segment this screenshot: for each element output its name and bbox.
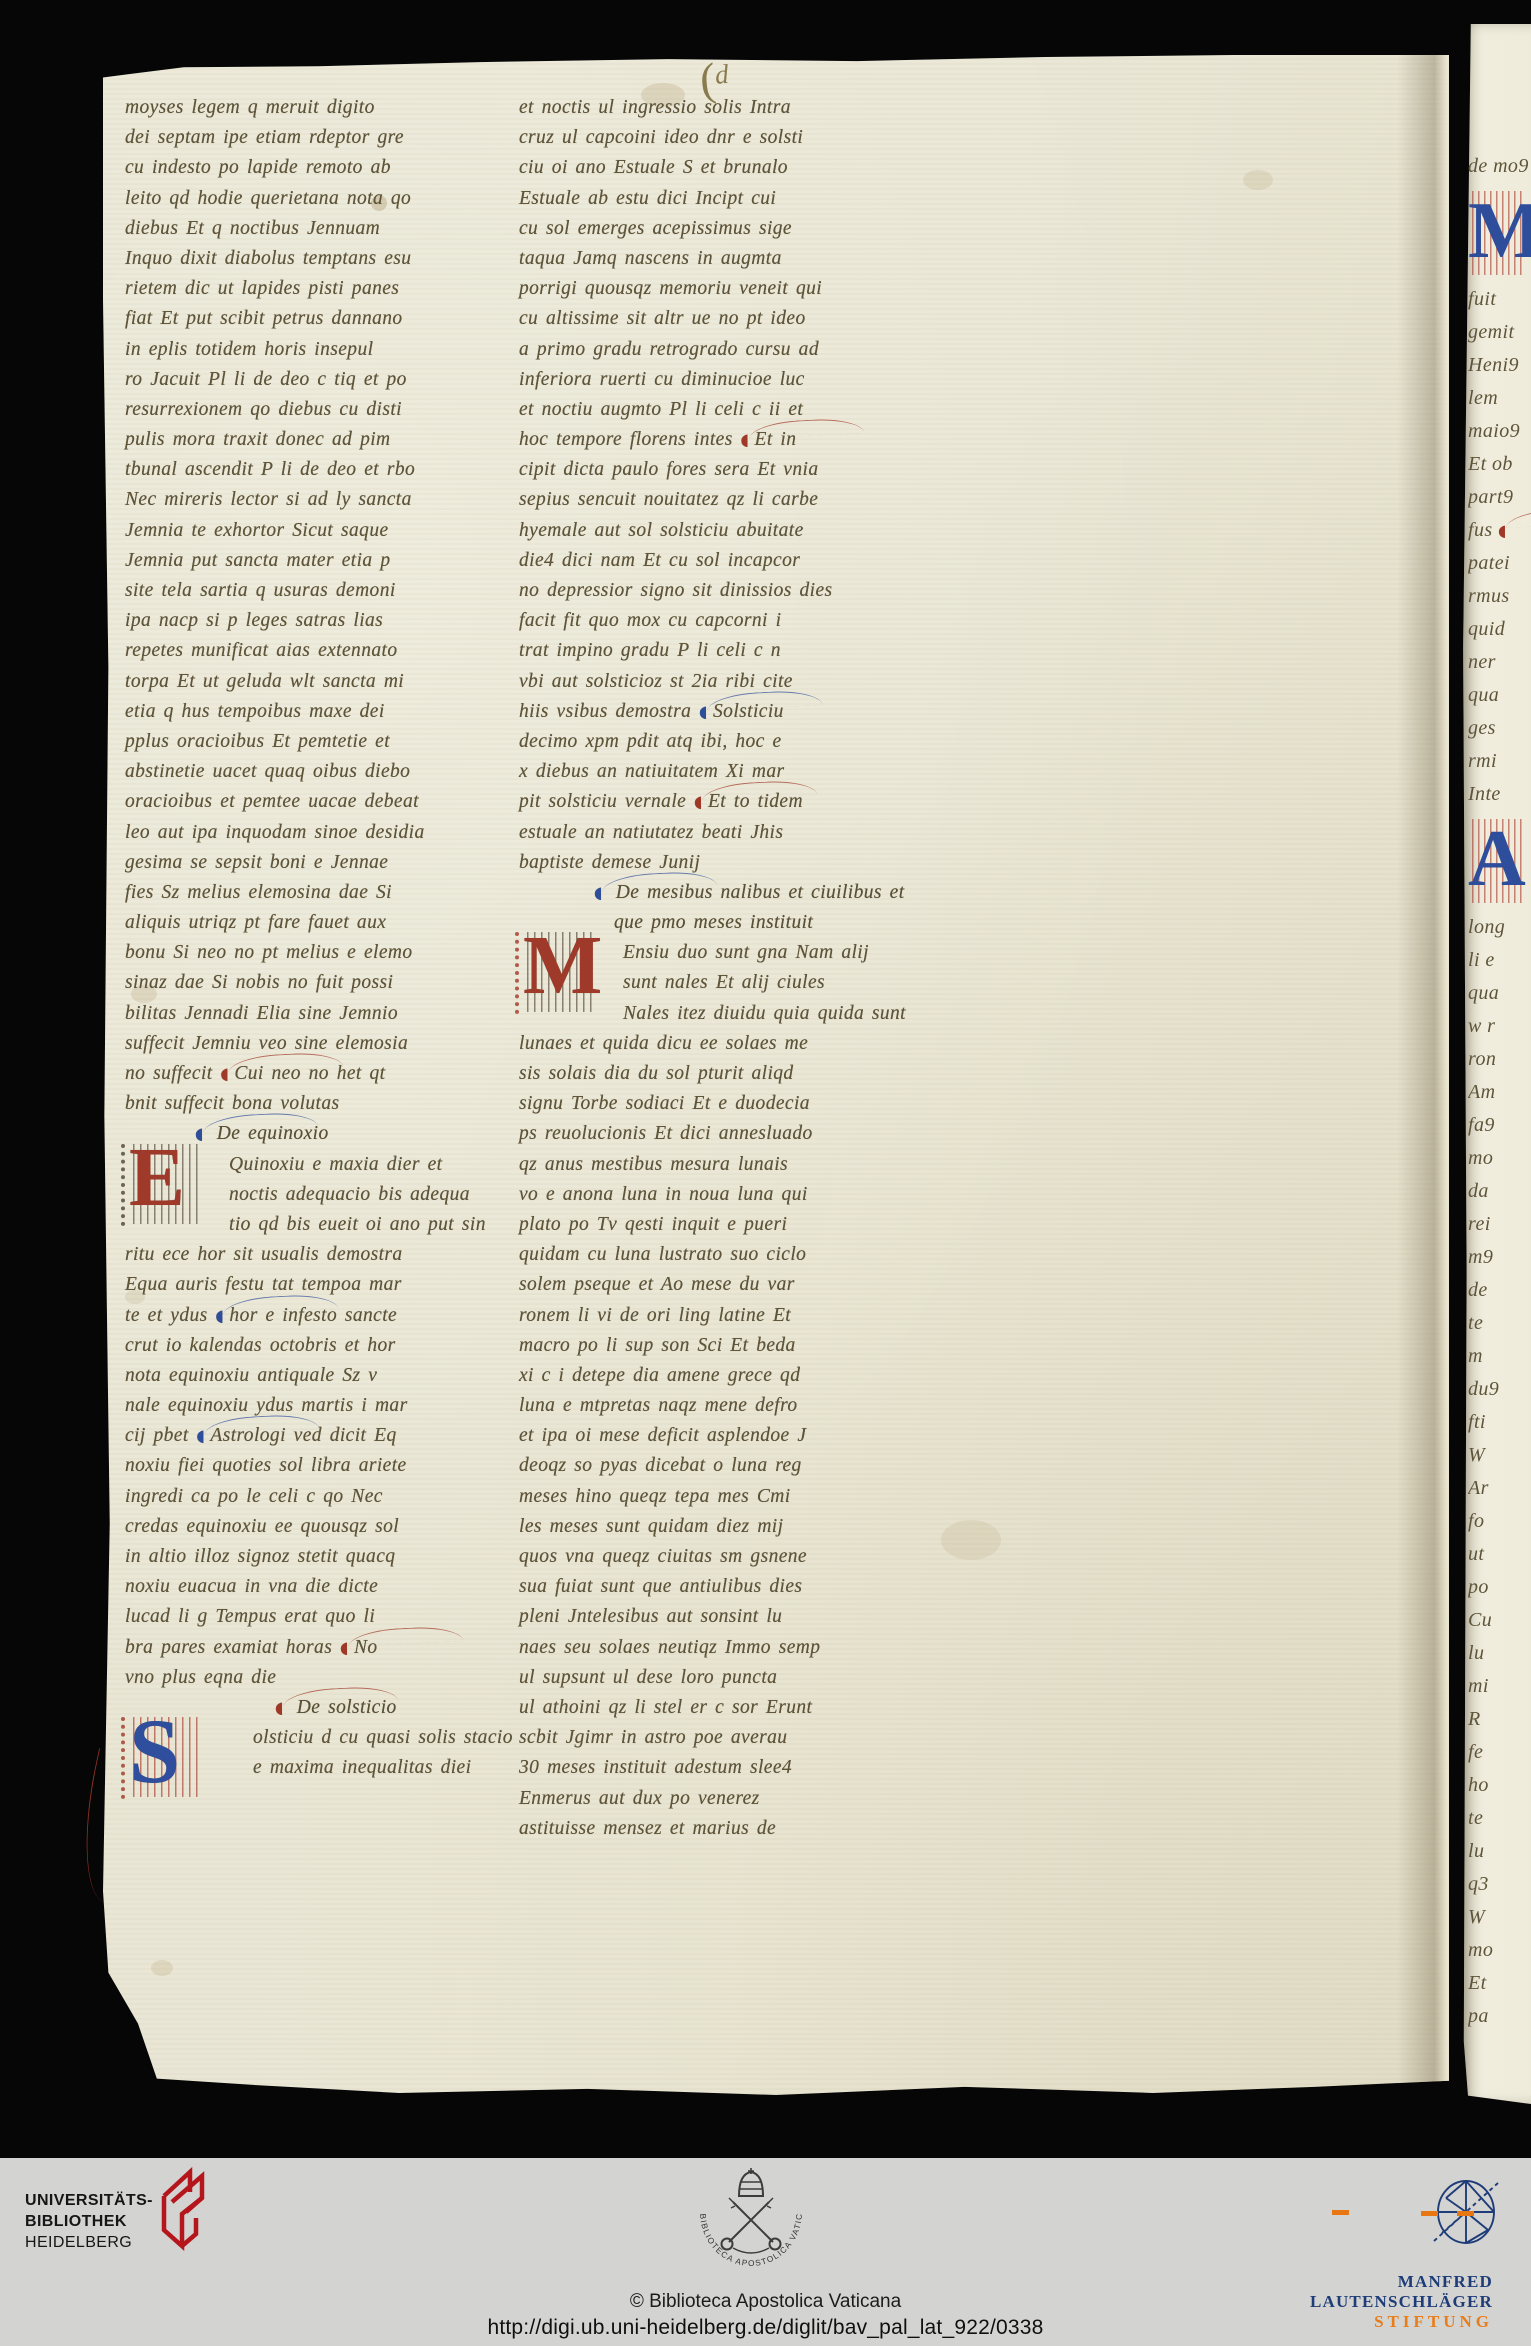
ub-heidelberg-wordmark: UNIVERSITÄTS- BIBLIOTHEK HEIDELBERG bbox=[25, 2190, 153, 2253]
manuscript-line: cu sol emerges acepissimus sige bbox=[519, 214, 911, 244]
orange-dash bbox=[1332, 2210, 1349, 2215]
manuscript-line: mi bbox=[1468, 1670, 1531, 1703]
manuscript-line: in altio illoz signoz stetit quacq bbox=[125, 1542, 505, 1572]
manuscript-line: fo bbox=[1468, 1505, 1531, 1538]
manuscript-line: site tela sartia q usuras demoni bbox=[125, 576, 505, 606]
paragraph-mark-icon bbox=[215, 1301, 229, 1331]
manuscript-line: oracioibus et pemtee uacae debeat bbox=[125, 787, 505, 817]
manuscript-line: fuit bbox=[1468, 283, 1531, 316]
manuscript-line: gemit bbox=[1468, 316, 1531, 349]
stain bbox=[941, 1520, 1001, 1560]
manuscript-line: x diebus an natiuitatem Xi mar bbox=[519, 757, 911, 787]
manuscript-line: m bbox=[1468, 1340, 1531, 1373]
manuscript-line: in eplis totidem horis insepul bbox=[125, 335, 505, 365]
manuscript-line: du9 bbox=[1468, 1373, 1531, 1406]
manuscript-line: no suffecit Cui neo no het qt bbox=[125, 1059, 505, 1089]
manuscript-line: Jemnia put sancta mater etia p bbox=[125, 546, 505, 576]
paragraph-mark-icon bbox=[699, 697, 713, 727]
manuscript-line: hiis vsibus demostra Solsticiu bbox=[519, 697, 911, 727]
manuscript-line: baptiste demese Junij bbox=[519, 848, 911, 878]
drop-cap-letter: S bbox=[129, 1709, 181, 1793]
manuscript-line: repetes munificat aias extennato bbox=[125, 636, 505, 666]
illuminated-initial-letter: A bbox=[1468, 815, 1526, 903]
manuscript-line: Ar bbox=[1468, 1472, 1531, 1505]
manuscript-line: ner bbox=[1468, 646, 1531, 679]
manuscript-line: part9 bbox=[1468, 481, 1531, 514]
manuscript-line: rietem dic ut lapides pisti panes bbox=[125, 274, 505, 304]
drop-cap-letter: M bbox=[523, 924, 603, 1008]
manuscript-line: Et ob bbox=[1468, 448, 1531, 481]
manuscript-line: macro po li sup son Sci Et beda bbox=[519, 1331, 911, 1361]
manuscript-line: ul supsunt ul dese loro puncta bbox=[519, 1663, 911, 1693]
manuscript-line: signu Torbe sodiaci Et e duodecia bbox=[519, 1089, 911, 1119]
next-page-initial-a: A bbox=[1468, 811, 1531, 911]
manuscript-line: ps reuolucionis Et dici annesluado bbox=[519, 1119, 911, 1149]
manuscript-line: Inte bbox=[1468, 778, 1531, 811]
chapter-body: Ensiu duo sunt gna Nam alijsunt nales Et… bbox=[519, 938, 911, 1844]
manuscript-line: maio9 bbox=[1468, 415, 1531, 448]
manuscript-line: de mo9 bbox=[1468, 150, 1531, 183]
manuscript-line: cu altissime sit altr ue no pt ideo bbox=[519, 304, 911, 334]
manuscript-line: porrigi quousqz memoriu veneit qui bbox=[519, 274, 911, 304]
ub-heidelberg-logo-icon bbox=[150, 2166, 216, 2258]
text-column-left: moyses legem q meruit digitodei septam i… bbox=[125, 93, 505, 1788]
manuscript-line: ul athoini qz li stel er c sor Erunt bbox=[519, 1693, 911, 1723]
mls-line1: MANFRED bbox=[1200, 2272, 1493, 2292]
manuscript-line: credas equinoxiu ee quousqz sol bbox=[125, 1512, 505, 1542]
manuscript-line: nale equinoxiu ydus martis i mar bbox=[125, 1391, 505, 1421]
paragraph-mark-icon bbox=[275, 1693, 289, 1723]
paragraph-mark-icon bbox=[694, 787, 708, 817]
manuscript-line: li e bbox=[1468, 944, 1531, 977]
manuscript-line: et noctiu augmto Pl li celi c ii et bbox=[519, 395, 911, 425]
manuscript-line: te bbox=[1468, 1307, 1531, 1340]
manuscript-line: Am bbox=[1468, 1076, 1531, 1109]
penwork-bubbles bbox=[515, 932, 519, 1014]
manuscript-line: trat impino gradu P li celi c n bbox=[519, 636, 911, 666]
manuscript-line: hyemale aut sol solsticiu abuitate bbox=[519, 516, 911, 546]
manuscript-line: deoqz so pyas dicebat o luna reg bbox=[519, 1451, 911, 1481]
chapter-months: M Ensiu duo sunt gna Nam alijsunt nales … bbox=[519, 938, 911, 1844]
ub-line2: BIBLIOTHEK bbox=[25, 2211, 153, 2232]
chapter-body: Quinoxiu e maxia dier etnoctis adequacio… bbox=[125, 1150, 505, 1693]
paragraph-mark-icon bbox=[220, 1059, 234, 1089]
orange-dash bbox=[1421, 2211, 1438, 2216]
chapter-solstice: S olsticiu d cu quasi solis stacioe maxi… bbox=[125, 1723, 505, 1783]
manuscript-line: naes seu solaes neutiqz Immo semp bbox=[519, 1633, 911, 1663]
manuscript-line: fe bbox=[1468, 1736, 1531, 1769]
manuscript-line: moyses legem q meruit digito bbox=[125, 93, 505, 123]
manuscript-line: pplus oracioibus Et pemtetie et bbox=[125, 727, 505, 757]
manuscript-line: q3 bbox=[1468, 1868, 1531, 1901]
section-heading-solstice: De solsticio bbox=[275, 1693, 505, 1723]
gutter-shadow bbox=[1397, 55, 1449, 2095]
manuscript-line: tbunal ascendit P li de deo et rbo bbox=[125, 455, 505, 485]
manuscript-line: rmus bbox=[1468, 580, 1531, 613]
text-column-right: et noctis ul ingressio solis Intracruz u… bbox=[519, 93, 911, 1844]
manuscript-line: pulis mora traxit donec ad pim bbox=[125, 425, 505, 455]
manuscript-line: long bbox=[1468, 911, 1531, 944]
manuscript-line: luna e mtpretas naqz mene defro bbox=[519, 1391, 911, 1421]
manuscript-line: fiat Et put scibit petrus dannano bbox=[125, 304, 505, 334]
manuscript-line: bonu Si neo no pt melius e elemo bbox=[125, 938, 505, 968]
manuscript-line: ron bbox=[1468, 1043, 1531, 1076]
next-page-text: de mo9MfuitgemitHeni9lemmaio9Et obpart9f… bbox=[1468, 150, 1531, 2033]
stain bbox=[1243, 170, 1273, 190]
manuscript-line: hoc tempore florens intes Et in bbox=[519, 425, 911, 455]
manuscript-line: patei bbox=[1468, 547, 1531, 580]
manuscript-line: sepius sencuit nouitatez qz li carbe bbox=[519, 485, 911, 515]
mls-line3: STIFTUNG bbox=[1200, 2312, 1493, 2332]
paragraph-mark-icon bbox=[196, 1421, 210, 1451]
manuscript-line: lunaes et quida dicu ee solaes me bbox=[519, 1029, 911, 1059]
paragraph-mark-icon bbox=[594, 878, 608, 908]
drop-cap-letter: E bbox=[129, 1136, 185, 1220]
manuscript-line: te et ydus hor e infesto sancte bbox=[125, 1301, 505, 1331]
manuscript-line: dei septam ipe etiam rdeptor gre bbox=[125, 123, 505, 153]
manuscript-line: estuale an natiutatez beati Jhis bbox=[519, 818, 911, 848]
manuscript-line: les meses sunt quidam diez mij bbox=[519, 1512, 911, 1542]
manuscript-line: resurrexionem qo diebus cu disti bbox=[125, 395, 505, 425]
illuminated-initial-letter: M bbox=[1468, 187, 1531, 275]
orange-dash bbox=[1457, 2211, 1474, 2216]
manuscript-line: no depressior signo sit dinissios dies bbox=[519, 576, 911, 606]
manuscript-line: decimo xpm pdit atq ibi, hoc e bbox=[519, 727, 911, 757]
manuscript-line: de bbox=[1468, 1274, 1531, 1307]
manuscript-line: ciu oi ano Estuale S et brunalo bbox=[519, 153, 911, 183]
manuscript-line: mo bbox=[1468, 1142, 1531, 1175]
screenshot-stage: (d moyses legem q meruit digitodei septa… bbox=[0, 0, 1531, 2346]
folio-mark-letter: d bbox=[714, 59, 730, 90]
manuscript-line: Nec mireris lector si ad ly sancta bbox=[125, 485, 505, 515]
section-heading-months: De mesibus nalibus et ciuilibus et bbox=[594, 878, 911, 908]
manuscript-line: bilitas Jennadi Elia sine Jemnio bbox=[125, 999, 505, 1029]
footer-bar: UNIVERSITÄTS- BIBLIOTHEK HEIDELBERG bbox=[0, 2158, 1531, 2346]
manuscript-line: et noctis ul ingressio solis Intra bbox=[519, 93, 911, 123]
manuscript-line: a primo gradu retrogrado cursu ad bbox=[519, 335, 911, 365]
manuscript-line: lu bbox=[1468, 1637, 1531, 1670]
manuscript-line: cu indesto po lapide remoto ab bbox=[125, 153, 505, 183]
manuscript-line: fti bbox=[1468, 1406, 1531, 1439]
paragraph-mark-icon bbox=[741, 425, 755, 455]
manuscript-line: astituisse mensez et marius de bbox=[519, 1814, 911, 1844]
manuscript-line: te bbox=[1468, 1802, 1531, 1835]
manuscript-line: mo bbox=[1468, 1934, 1531, 1967]
next-page-initial-m: M bbox=[1468, 183, 1531, 283]
manuscript-line: bra pares examiat horas No bbox=[125, 1633, 505, 1663]
column-body: et noctis ul ingressio solis Intracruz u… bbox=[519, 93, 911, 878]
manuscript-line: rmi bbox=[1468, 745, 1531, 778]
manuscript-line: Et bbox=[1468, 1967, 1531, 2000]
manuscript-line: lem bbox=[1468, 382, 1531, 415]
manuscript-line: fa9 bbox=[1468, 1109, 1531, 1142]
manuscript-line: R bbox=[1468, 1703, 1531, 1736]
manuscript-line: w r bbox=[1468, 1010, 1531, 1043]
manuscript-line: lucad li g Tempus erat quo li bbox=[125, 1602, 505, 1632]
manuscript-line: noxiu fiei quoties sol libra ariete bbox=[125, 1451, 505, 1481]
ub-line1: UNIVERSITÄTS- bbox=[25, 2190, 153, 2211]
paragraph-mark-icon bbox=[1498, 514, 1512, 547]
penwork-bubbles bbox=[121, 1717, 125, 1799]
manuscript-line: ingredi ca po le celi c qo Nec bbox=[125, 1482, 505, 1512]
illuminated-initial-e: E bbox=[113, 1152, 219, 1213]
manuscript-line: vno plus eqna die bbox=[125, 1663, 505, 1693]
manuscript-line: torpa Et ut geluda wlt sancta mi bbox=[125, 667, 505, 697]
manuscript-line: po bbox=[1468, 1571, 1531, 1604]
mls-line2: LAUTENSCHLÄGER bbox=[1200, 2292, 1493, 2312]
illuminated-initial-m: M bbox=[507, 940, 613, 1001]
ub-line3: HEIDELBERG bbox=[25, 2232, 153, 2253]
manuscript-line: crut io kalendas octobris et hor bbox=[125, 1331, 505, 1361]
vatican-seal: BIBLIOTECA APOSTOLICA VATICANA bbox=[688, 2160, 814, 2290]
manuscript-line: sinaz dae Si nobis no fuit possi bbox=[125, 968, 505, 998]
manuscript-line: facit fit quo mox cu capcorni i bbox=[519, 606, 911, 636]
manuscript-line: xi c i detepe dia amene grece qd bbox=[519, 1361, 911, 1391]
manuscript-line: gesima se sepsit boni e Jennae bbox=[125, 848, 505, 878]
column-body: moyses legem q meruit digitodei septam i… bbox=[125, 93, 505, 1119]
manuscript-line: sua fuiat sunt que antiulibus dies bbox=[519, 1572, 911, 1602]
manuscript-line: Cu bbox=[1468, 1604, 1531, 1637]
manuscript-line: et ipa oi mese deficit asplendoe J bbox=[519, 1421, 911, 1451]
manuscript-line: die4 dici nam Et cu sol incapcor bbox=[519, 546, 911, 576]
mls-wordmark: MANFRED LAUTENSCHLÄGER STIFTUNG bbox=[1200, 2272, 1512, 2332]
manuscript-line: Enmerus aut dux po venerez bbox=[519, 1784, 911, 1814]
manuscript-line: vo e anona luna in noua luna qui bbox=[519, 1180, 911, 1210]
manuscript-line: taqua Jamq nascens in augmta bbox=[519, 244, 911, 274]
manuscript-line: ritu ece hor sit usualis demostra bbox=[125, 1240, 505, 1270]
manuscript-line: Jemnia te exhortor Sicut saque bbox=[125, 516, 505, 546]
manuscript-line: W bbox=[1468, 1901, 1531, 1934]
manuscript-line: leito qd hodie querietana nota qo bbox=[125, 184, 505, 214]
manuscript-line: Heni9 bbox=[1468, 349, 1531, 382]
manuscript-line: fus bbox=[1468, 514, 1531, 547]
manuscript-line: cipit dicta paulo fores sera Et vnia bbox=[519, 455, 911, 485]
manuscript-line: qua bbox=[1468, 679, 1531, 712]
manuscript-line: quidam cu luna lustrato suo ciclo bbox=[519, 1240, 911, 1270]
manuscript-line: 30 meses instituit adestum slee4 bbox=[519, 1753, 911, 1783]
manuscript-line: ho bbox=[1468, 1769, 1531, 1802]
manuscript-line: abstinetie uacet quaq oibus diebo bbox=[125, 757, 505, 787]
manuscript-line: ipa nacp si p leges satras lias bbox=[125, 606, 505, 636]
manuscript-line: ro Jacuit Pl li de deo c tiq et po bbox=[125, 365, 505, 395]
manuscript-line: W bbox=[1468, 1439, 1531, 1472]
manuscript-line: etia q hus tempoibus maxe dei bbox=[125, 697, 505, 727]
manuscript-line: qz anus mestibus mesura lunais bbox=[519, 1150, 911, 1180]
manuscript-line: Estuale ab estu dici Incipt cui bbox=[519, 184, 911, 214]
section-heading-months-line2: que pmo meses instituit bbox=[614, 908, 911, 938]
manuscript-line: pleni Jntelesibus aut sonsint lu bbox=[519, 1602, 911, 1632]
manuscript-line: meses hino queqz tepa mes Cmi bbox=[519, 1482, 911, 1512]
manuscript-line: bnit suffecit bona volutas bbox=[125, 1089, 505, 1119]
manuscript-line: fies Sz melius elemosina dae Si bbox=[125, 878, 505, 908]
manuscript-line: nota equinoxiu antiquale Sz v bbox=[125, 1361, 505, 1391]
manuscript-line: cij pbet Astrologi ved dicit Eq bbox=[125, 1421, 505, 1451]
stain bbox=[151, 1960, 173, 1976]
manuscript-line: diebus Et q noctibus Jennuam bbox=[125, 214, 505, 244]
chapter-equinox: E Quinoxiu e maxia dier etnoctis adequac… bbox=[125, 1150, 505, 1693]
manuscript-line: ronem li vi de ori ling latine Et bbox=[519, 1301, 911, 1331]
manuscript-line: cruz ul capcoini ideo dnr e solsti bbox=[519, 123, 911, 153]
manuscript-line: pit solsticiu vernale Et to tidem bbox=[519, 787, 911, 817]
manuscript-line: Inquo dixit diabolus temptans esu bbox=[125, 244, 505, 274]
manuscript-line: quid bbox=[1468, 613, 1531, 646]
manuscript-line: inferiora ruerti cu diminucioe luc bbox=[519, 365, 911, 395]
manuscript-line: scbit Jgimr in astro poe averau bbox=[519, 1723, 911, 1753]
manuscript-line: rei bbox=[1468, 1208, 1531, 1241]
section-heading-equinox: De equinoxio bbox=[195, 1119, 505, 1149]
manuscript-line: quos vna queqz ciuitas sm gsnene bbox=[519, 1542, 911, 1572]
manuscript-line: solem pseque et Ao mese du var bbox=[519, 1270, 911, 1300]
manuscript-line: leo aut ipa inquodam sinoe desidia bbox=[125, 818, 505, 848]
manuscript-line: sis solais dia du sol pturit aliqd bbox=[519, 1059, 911, 1089]
manuscript-line: aliquis utriqz pt fare fauet aux bbox=[125, 908, 505, 938]
manuscript-line: ges bbox=[1468, 712, 1531, 745]
manuscript-line: lu bbox=[1468, 1835, 1531, 1868]
penwork-bubbles bbox=[121, 1144, 125, 1226]
illuminated-initial-s: S bbox=[113, 1725, 243, 1788]
manuscript-line: noxiu euacua in vna die dicte bbox=[125, 1572, 505, 1602]
manuscript-line: da bbox=[1468, 1175, 1531, 1208]
manuscript-line: qua bbox=[1468, 977, 1531, 1010]
manuscript-line: vbi aut solsticioz st 2ia ribi cite bbox=[519, 667, 911, 697]
manuscript-line: pa bbox=[1468, 2000, 1531, 2033]
manuscript-line: plato po Tv qesti inquit e pueri bbox=[519, 1210, 911, 1240]
manuscript-line: ut bbox=[1468, 1538, 1531, 1571]
heading-label: que pmo meses instituit bbox=[614, 912, 813, 933]
paragraph-mark-icon bbox=[340, 1633, 354, 1663]
manuscript-line: m9 bbox=[1468, 1241, 1531, 1274]
